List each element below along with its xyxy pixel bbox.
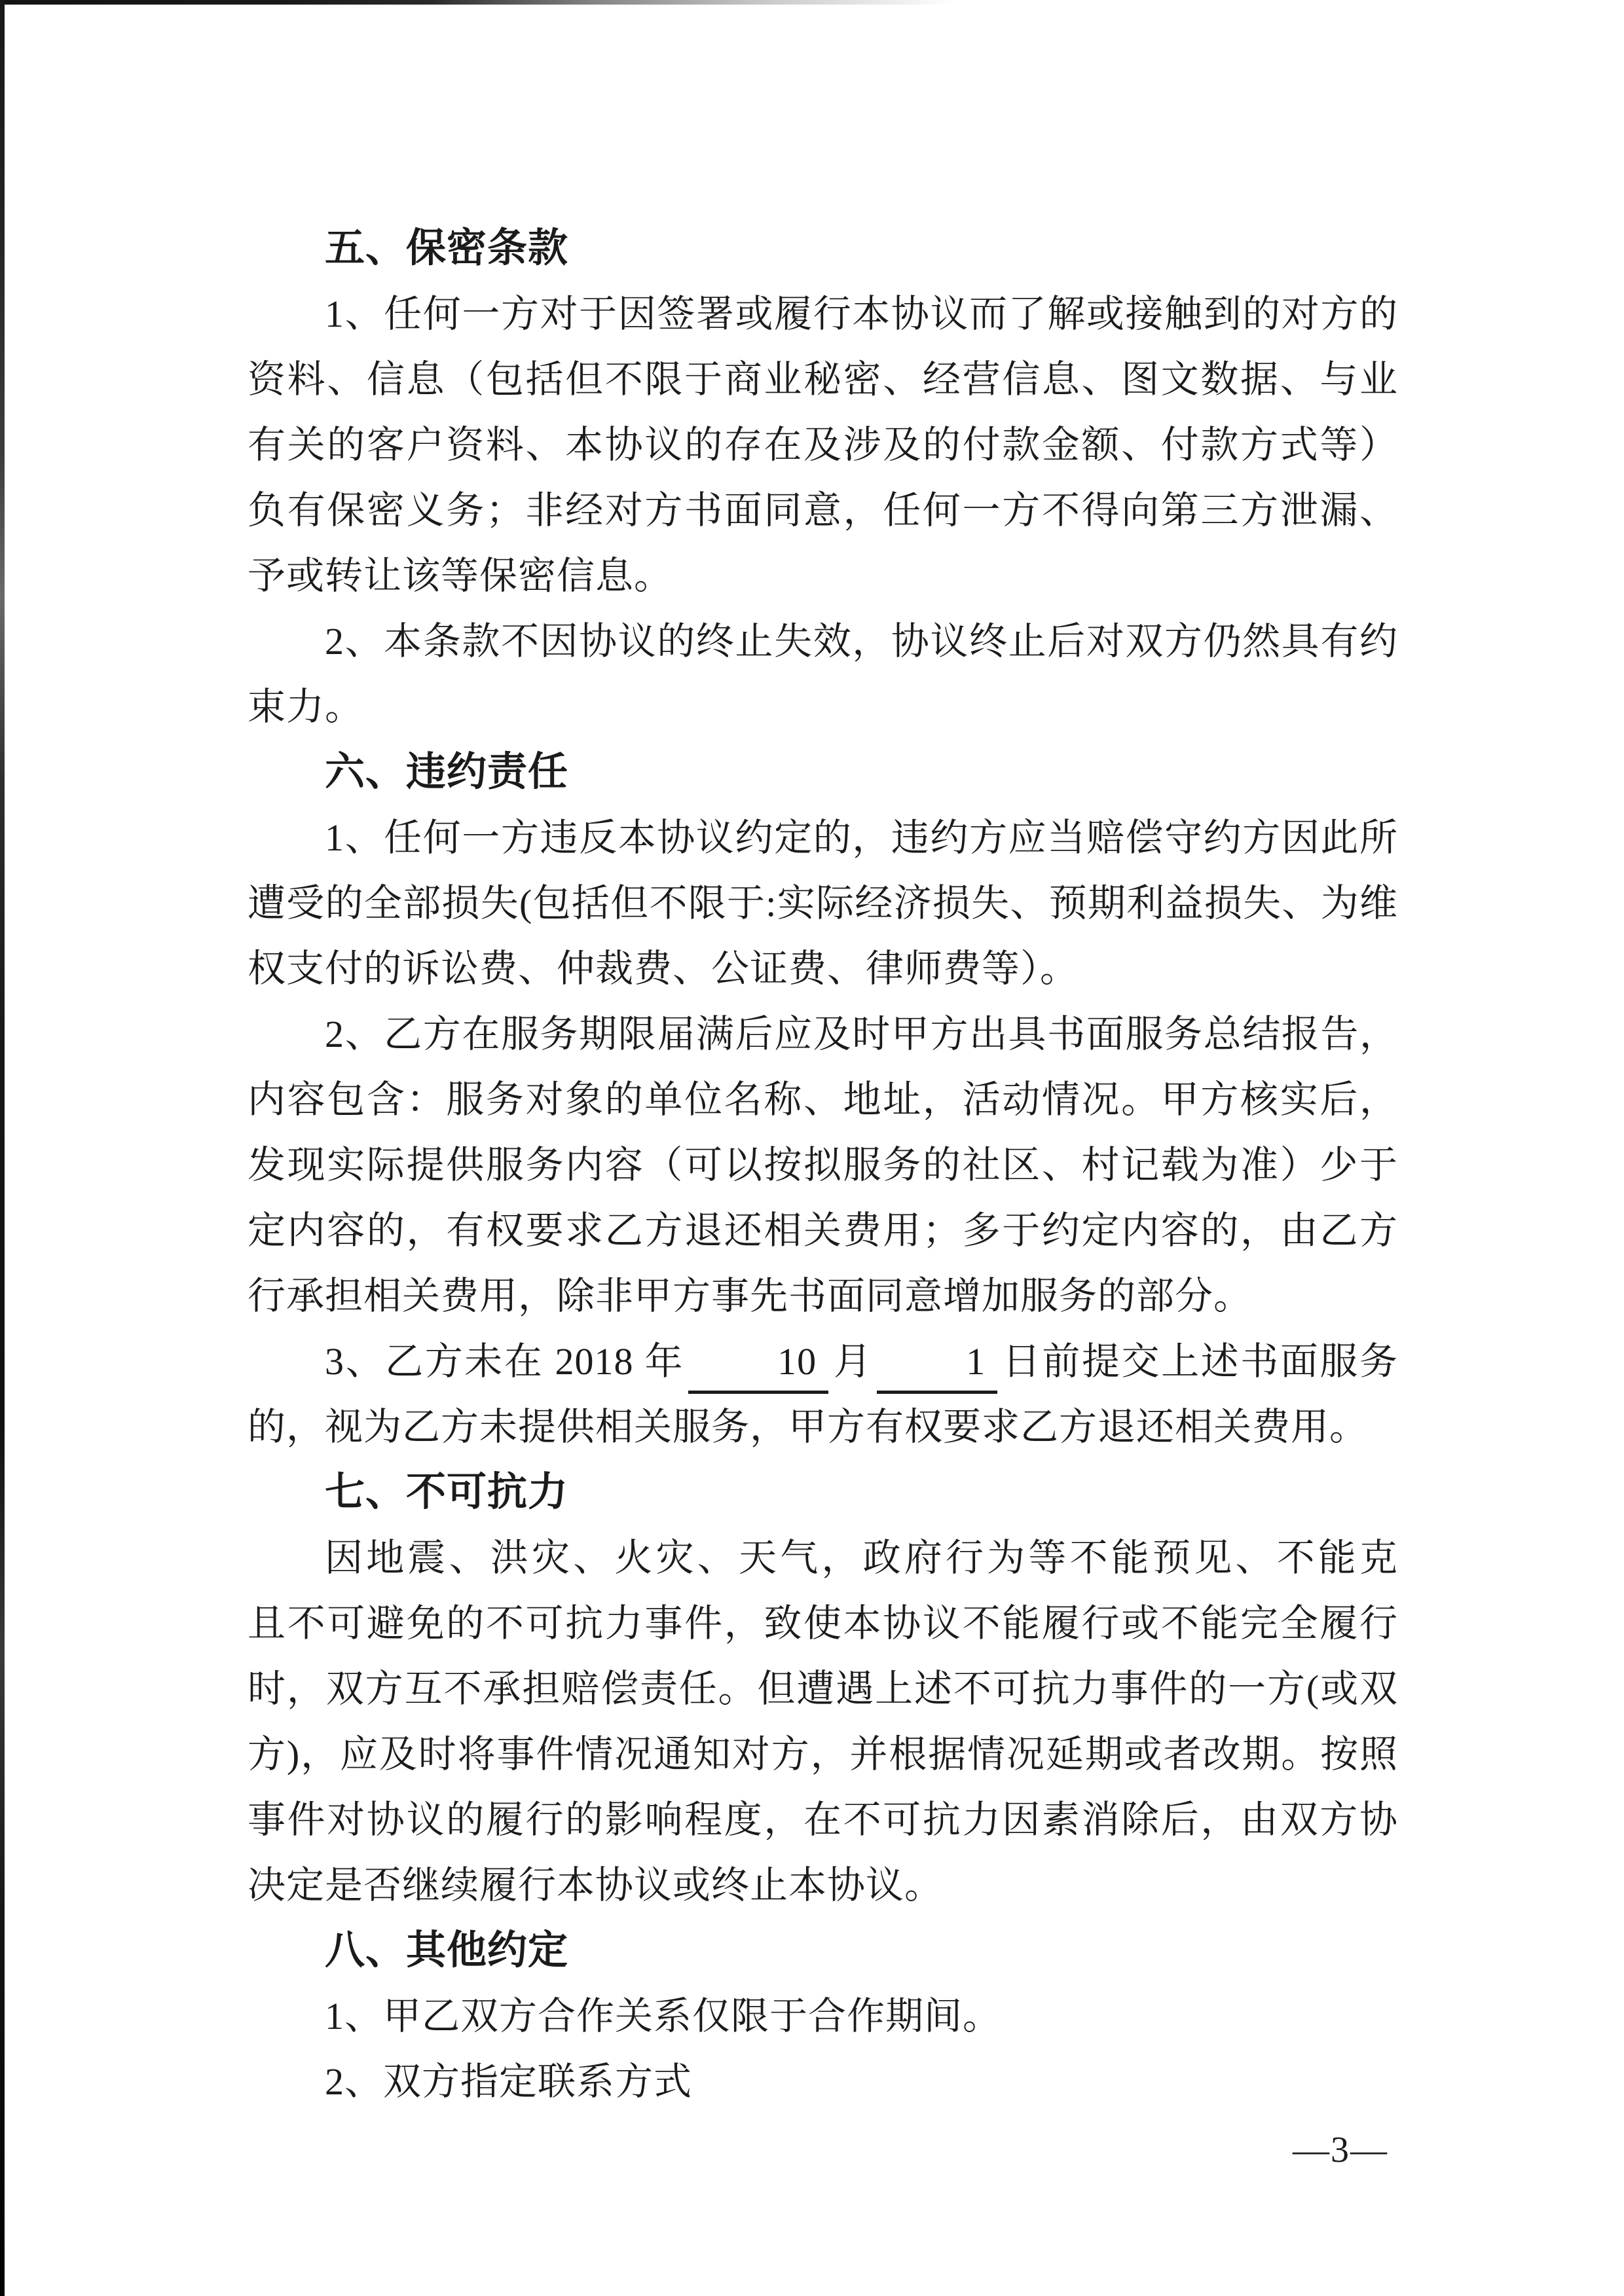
text-segment: 3、乙方未在 2018 年: [325, 1340, 684, 1383]
text-line: 内容包含：服务对象的单位名称、地址，活动情况。甲方核实后，如: [248, 1067, 1398, 1133]
text-line: 1、任何一方对于因签署或履行本协议而了解或接触到的对方的: [248, 282, 1398, 347]
text-segment: 月: [832, 1340, 873, 1383]
section-heading: 七、不可抗力: [248, 1460, 1398, 1525]
left-edge-scan-artifact: [0, 0, 5, 2296]
text-line: 的，视为乙方未提供相关服务，甲方有权要求乙方退还相关费用。: [248, 1394, 1398, 1460]
text-line: 定内容的，有权要求乙方退还相关费用；多于约定内容的，由乙方自: [248, 1198, 1398, 1264]
text-line: 权支付的诉讼费、仲裁费、公证费、律师费等）。: [248, 936, 1398, 1002]
text-line: 2、本条款不因协议的终止失效，协议终止后对双方仍然具有约: [248, 609, 1398, 674]
underlined-value: 10: [688, 1333, 828, 1394]
scanned-page: 五、保密条款1、任何一方对于因签署或履行本协议而了解或接触到的对方的资料、信息（…: [0, 0, 1624, 2296]
text-line: 3、乙方未在 2018 年10月1日前提交上述书面服务总结报告: [248, 1329, 1398, 1394]
text-line: 时，双方互不承担赔偿责任。但遭遇上述不可抗力事件的一方(或双: [248, 1656, 1398, 1722]
text-line: 资料、信息（包括但不限于商业秘密、经营信息、图文数据、与业务: [248, 347, 1398, 412]
section-heading: 八、其他约定: [248, 1918, 1398, 1984]
underlined-value: 1: [877, 1333, 997, 1394]
text-line: 事件对协议的履行的影响程度，在不可抗力因素消除后，由双方协商: [248, 1787, 1398, 1853]
text-line: 束力。: [248, 674, 1398, 740]
text-line: 决定是否继续履行本协议或终止本协议。: [248, 1853, 1398, 1918]
text-line: 2、乙方在服务期限届满后应及时甲方出具书面服务总结报告，: [248, 1002, 1398, 1067]
text-line: 2、双方指定联系方式: [248, 2049, 1398, 2115]
text-line: 1、任何一方违反本协议约定的，违约方应当赔偿守约方因此所: [248, 805, 1398, 871]
text-line: 有关的客户资料、本协议的存在及涉及的付款金额、付款方式等）均: [248, 412, 1398, 478]
text-line: 因地震、洪灾、火灾、天气，政府行为等不能预见、不能克服、: [248, 1525, 1398, 1591]
text-line: 遭受的全部损失(包括但不限于:实际经济损失、预期利益损失、为维: [248, 871, 1398, 936]
page-number: —3—: [1293, 2129, 1388, 2171]
text-line: 1、甲乙双方合作关系仅限于合作期间。: [248, 1984, 1398, 2049]
text-line: 发现实际提供服务内容（可以按拟服务的社区、村记载为准）少于约: [248, 1133, 1398, 1198]
section-heading: 六、违约责任: [248, 740, 1398, 805]
top-edge-scan-artifact: [0, 0, 956, 5]
text-line: 且不可避免的不可抗力事件，致使本协议不能履行或不能完全履行: [248, 1591, 1398, 1656]
text-line: 予或转让该等保密信息。: [248, 543, 1398, 609]
text-line: 行承担相关费用，除非甲方事先书面同意增加服务的部分。: [248, 1264, 1398, 1329]
section-heading: 五、保密条款: [248, 216, 1398, 282]
document-body: 五、保密条款1、任何一方对于因签署或履行本协议而了解或接触到的对方的资料、信息（…: [248, 216, 1398, 2115]
text-line: 负有保密义务；非经对方书面同意，任何一方不得向第三方泄漏、给: [248, 478, 1398, 543]
text-line: 方)，应及时将事件情况通知对方，并根据情况延期或者改期。按照: [248, 1722, 1398, 1787]
